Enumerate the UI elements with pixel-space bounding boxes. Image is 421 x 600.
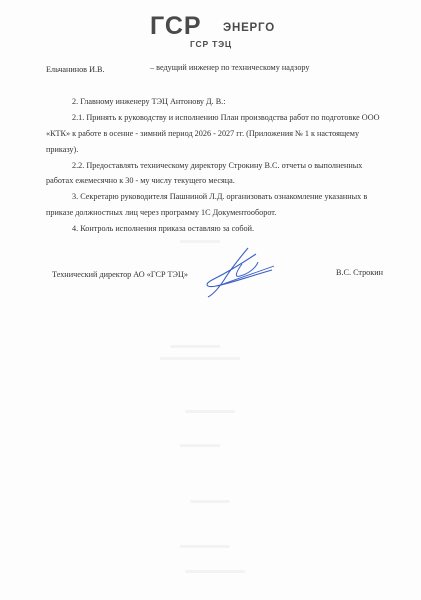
order-item-2: 2. Главному инженеру ТЭЦ Антонову Д. В.: [72, 97, 226, 107]
logo-main-text: ГСР [150, 14, 202, 38]
company-logo: ГСР ЭНЕРГО ГСР ТЭЦ [150, 14, 300, 54]
order-item-3-line1: 3. Секретарю руководителя Пашниной Л.Д. … [72, 192, 367, 202]
person-name: Ельчанинов И.В. [46, 65, 105, 75]
order-item-2-1-line1: 2.1. Принять к руководству и исполнению … [72, 113, 380, 123]
order-item-2-2-line2: работах ежемесячно к 30 - му числу текущ… [46, 176, 235, 186]
signatory-name: В.С. Строкин [336, 268, 383, 278]
handwritten-signature [198, 246, 274, 298]
signatory-position: Технический директор АО «ГСР ТЭЦ» [52, 270, 188, 280]
order-item-4: 4. Контроль исполнения приказа оставляю … [72, 224, 254, 234]
order-item-3-line2: приказе должностных лиц через программу … [46, 208, 276, 218]
logo-energo-text: ЭНЕРГО [223, 22, 275, 34]
logo-tec-text: ГСР ТЭЦ [190, 39, 232, 49]
order-item-2-1-line2: «КТК» к работе в осенне - зимний период … [46, 129, 359, 139]
order-item-2-1-line3: приказу). [46, 145, 78, 155]
order-item-2-2-line1: 2.2. Предоставлять техническому директор… [72, 161, 362, 171]
document-page: ГСР ЭНЕРГО ГСР ТЭЦ Ельчанинов И.В. – вед… [0, 0, 421, 600]
person-role: – ведущий инженер по техническому надзор… [150, 63, 310, 73]
